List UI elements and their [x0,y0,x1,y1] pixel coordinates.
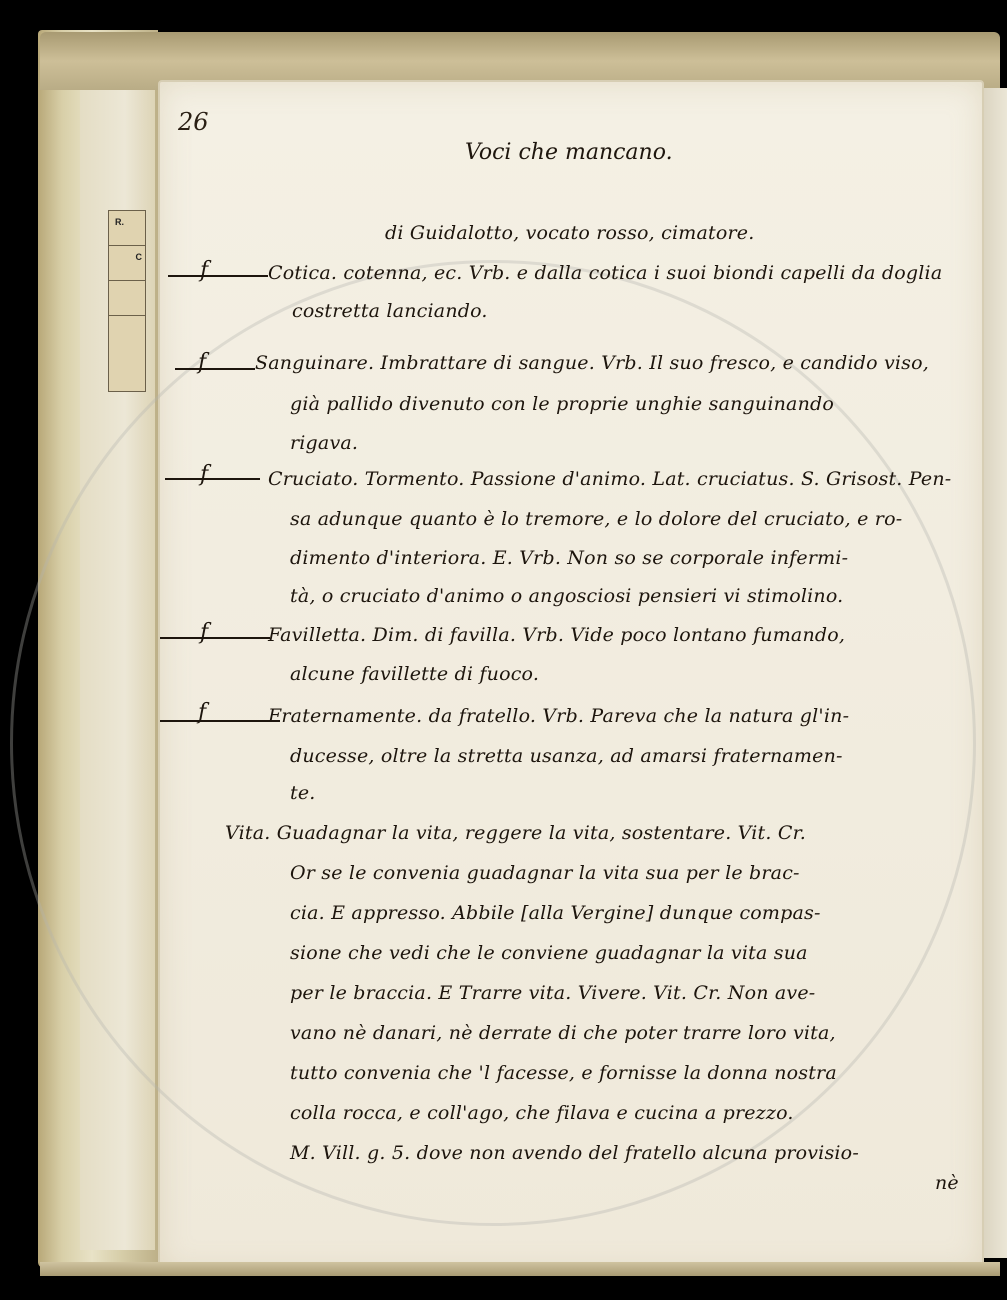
entry-line: sione che vedi che le conviene guadagnar… [290,942,808,964]
entry-line: Favilletta. Dim. di favilla. Vrb. Vide p… [268,624,845,646]
margin-mark-f: f [198,700,206,725]
entry-line: vano nè danari, nè derrate di che poter … [290,1022,836,1044]
strike-mark [160,720,280,722]
strike-mark [160,637,270,639]
entry-line: tà, o cruciato d'animo o angosciosi pens… [290,585,843,607]
archive-label-row2: C [109,246,145,281]
next-page-edge [980,88,1007,1258]
folio-number: 26 [178,108,209,136]
margin-mark-f: f [200,620,208,645]
strike-mark [175,368,255,370]
entry-line: cia. E appresso. Abbile [alla Vergine] d… [290,902,821,924]
archive-label-row1: R. [109,211,145,246]
entry-line: alcune favillette di fuoco. [290,663,539,685]
entry-line: dimento d'interiora. E. Vrb. Non so se c… [290,547,848,569]
entry-line: tutto convenia che 'l facesse, e forniss… [290,1062,837,1084]
entry-line: rigava. [290,432,358,454]
catchword: nè [935,1172,959,1194]
entry-line: Cruciato. Tormento. Passione d'animo. La… [268,468,951,490]
entry-line: di Guidalotto, vocato rosso, cimatore. [385,222,754,244]
strike-mark [168,275,268,277]
entry-line: Vita. Guadagnar la vita, reggere la vita… [225,822,806,844]
entry-line: Or se le convenia guadagnar la vita sua … [290,862,800,884]
margin-mark-f: f [200,258,208,283]
entry-line: colla rocca, e coll'ago, che filava e cu… [290,1102,794,1124]
margin-mark-f: f [200,462,208,487]
entry-line: per le braccia. E Trarre vita. Vivere. V… [290,982,815,1004]
entry-line: sa adunque quanto è lo tremore, e lo dol… [290,508,902,530]
entry-line: te. [290,782,316,804]
entry-line: Fraternamente. da fratello. Vrb. Pareva … [268,705,849,727]
archive-label: R. C [108,210,146,392]
manuscript-page [158,80,984,1274]
archive-label-row3 [109,281,145,316]
entry-line: costretta lanciando. [292,300,488,322]
margin-mark-f: f [198,350,206,375]
strike-mark [165,478,260,480]
entry-line: Sanguinare. Imbrattare di sangue. Vrb. I… [255,352,929,374]
entry-line: Cotica. cotenna, ec. Vrb. e dalla cotica… [268,262,942,284]
page-heading: Voci che mancano. [465,140,673,165]
entry-line: ducesse, oltre la stretta usanza, ad ama… [290,745,843,767]
entry-line: M. Vill. g. 5. dove non avendo del frate… [290,1142,859,1164]
archive-label-row4 [109,316,145,351]
entry-line: già pallido divenuto con le proprie ungh… [290,393,834,415]
book-bottom-edge [40,1262,1000,1276]
